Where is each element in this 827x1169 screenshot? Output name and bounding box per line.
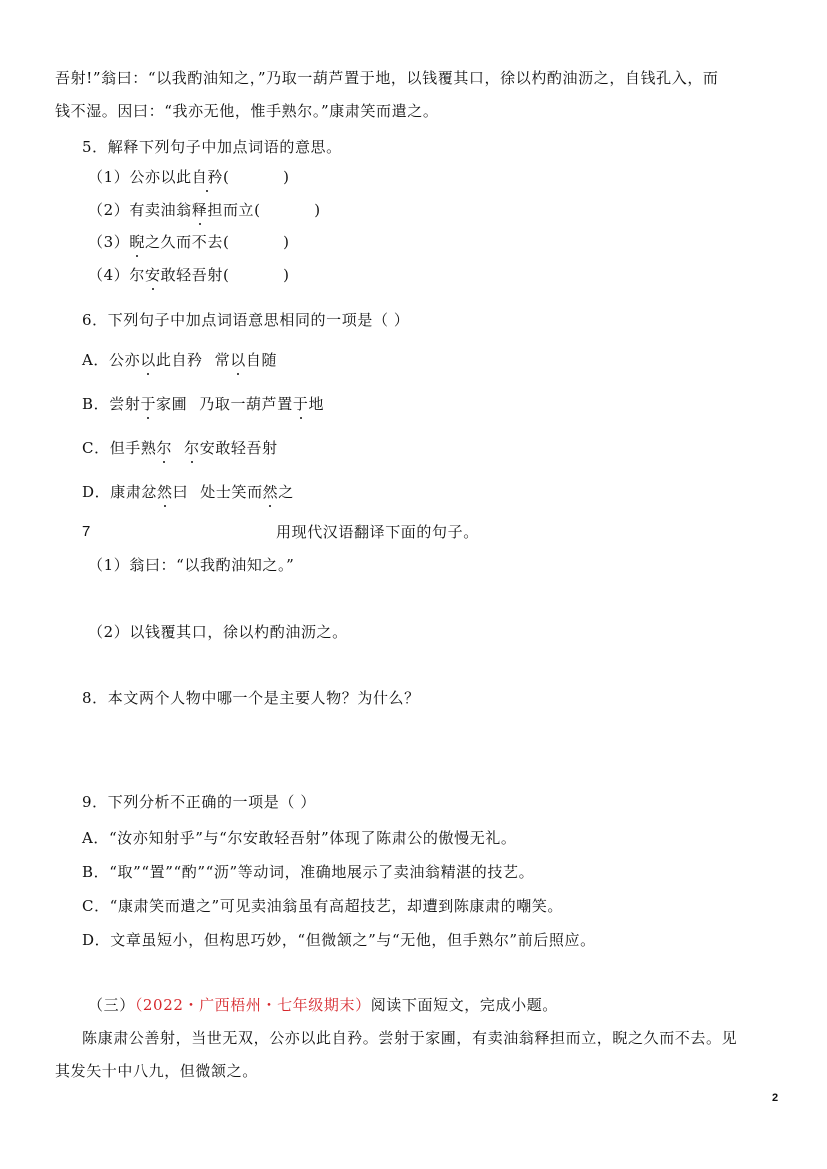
item-text: 之久而不去	[145, 233, 223, 251]
q5-item-2: （2）有卖油翁释担而立( )	[88, 200, 321, 220]
q6-stem: 6．下列句子中加点词语意思相同的一项是（ ）	[82, 310, 410, 330]
dotted-word: 以	[140, 350, 156, 370]
q7-item-1: （1）翁曰：“以我酌油知之。”	[88, 555, 294, 575]
item-num: （1）	[88, 556, 129, 574]
passage-line-1: 吾射!”翁曰：“以我酌油知之，”乃取一葫芦置于地，以钱覆其口，徐以杓酌油沥之，自…	[55, 68, 719, 88]
q6-option-a[interactable]: A．公亦以此自矜常以自随	[82, 350, 277, 370]
option-text: 曰	[173, 483, 189, 501]
option-label: A．	[82, 351, 109, 369]
q8-stem: 8．本文两个人物中哪一个是主要人物？为什么？	[82, 688, 420, 708]
dotted-word: 尔	[184, 438, 200, 458]
item-text: 以钱覆其口，徐以杓酌油沥之。	[129, 623, 347, 641]
option-text: 此自矜	[156, 351, 203, 369]
option-text: 常	[215, 351, 231, 369]
q5-item-3: （3）睨之久而不去( )	[88, 232, 290, 252]
item-num: （2）	[88, 201, 129, 219]
dotted-word: 自矜	[192, 167, 223, 187]
q6-option-d[interactable]: D．康肃忿然曰处士笑而然之	[82, 482, 294, 502]
q5-stem: 5．解释下列句子中加点词语的意思。	[82, 137, 342, 157]
item-num: （1）	[88, 168, 129, 186]
option-text: 地	[308, 395, 324, 413]
option-text: 公亦	[109, 351, 140, 369]
q9-option-a[interactable]: A．“汝亦知射乎”与“尔安敢轻吾射”体现了陈肃公的傲慢无礼。	[82, 828, 517, 848]
q7-stem: 用现代汉语翻译下面的句子。	[276, 522, 479, 542]
answer-blank[interactable]: ( )	[223, 167, 290, 187]
q9-option-d[interactable]: D．文章虽短小，但构思巧妙，“但微颔之”与“无他，但手熟尔”前后照应。	[82, 930, 596, 950]
section-prefix: （三）	[88, 996, 135, 1014]
item-text: 公亦以此	[129, 168, 191, 186]
q9-option-b[interactable]: B．“取”“置”“酌”“沥”等动词，准确地展示了卖油翁精湛的技艺。	[82, 862, 534, 882]
passage-line-2: 钱不湿。因曰：“我亦无他，惟手熟尔。”康肃笑而遣之。	[55, 101, 438, 121]
option-label: D．	[82, 483, 110, 501]
q6-option-b[interactable]: B．尝射于家圃乃取一葫芦置于地	[82, 394, 324, 414]
answer-blank[interactable]: ( )	[223, 265, 290, 285]
answer-blank[interactable]: ( )	[254, 200, 321, 220]
section-source: （2022・广西梧州・七年级期末）	[135, 996, 371, 1014]
section-instruction: 阅读下面短文，完成小题。	[371, 996, 558, 1014]
dotted-word: 以	[230, 350, 246, 370]
item-text: 担而立	[207, 201, 254, 219]
q7-item-2: （2）以钱覆其口，徐以杓酌油沥之。	[88, 622, 348, 642]
dotted-word: 尔	[157, 438, 173, 458]
option-text: 自随	[246, 351, 277, 369]
dotted-word: 释	[192, 200, 208, 220]
dotted-word: 然	[263, 482, 279, 502]
dotted-word: 睨	[129, 232, 145, 252]
passage-para-line-1: 陈康肃公善射，当世无双，公亦以此自矜。尝射于家圃，有卖油翁释担而立，睨之久而不去…	[82, 1028, 737, 1048]
dotted-word: 安	[145, 265, 161, 285]
passage-para-line-2: 其发矢十中八九，但微颔之。	[55, 1061, 258, 1081]
item-num: （2）	[88, 623, 129, 641]
option-text: 安敢轻吾射	[200, 439, 278, 457]
q9-stem: 9．下列分析不正确的一项是（ ）	[82, 792, 316, 812]
item-text: 尔	[129, 266, 145, 284]
answer-blank[interactable]: ( )	[223, 232, 290, 252]
dotted-word: 然	[157, 482, 173, 502]
page-number: 2	[772, 1092, 778, 1104]
dotted-word: 于	[140, 394, 156, 414]
option-text: 处士笑而	[200, 483, 262, 501]
item-text: 敢轻吾射	[161, 266, 223, 284]
option-text: 乃取一葫芦置	[199, 395, 293, 413]
q7-number: 7	[82, 522, 91, 542]
item-num: （3）	[88, 233, 129, 251]
option-text: 之	[278, 483, 294, 501]
dotted-word: 于	[293, 394, 309, 414]
item-text: 有卖油翁	[129, 201, 191, 219]
option-text: 但手熟	[110, 439, 157, 457]
q5-item-4: （4）尔安敢轻吾射( )	[88, 265, 290, 285]
option-label: C．	[82, 439, 110, 457]
item-text: 翁曰：“以我酌油知之。”	[129, 556, 294, 574]
option-text: 尝射	[109, 395, 140, 413]
item-num: （4）	[88, 266, 129, 284]
option-text: 家圃	[156, 395, 187, 413]
q5-item-1: （1）公亦以此自矜( )	[88, 167, 290, 187]
section-3-header: （三）（2022・广西梧州・七年级期末）阅读下面短文，完成小题。	[88, 995, 558, 1015]
q6-option-c[interactable]: C．但手熟尔尔安敢轻吾射	[82, 438, 278, 458]
option-text: 康肃忿	[110, 483, 157, 501]
q9-option-c[interactable]: C．“康肃笑而遣之”可见卖油翁虽有高超技艺，却遭到陈康肃的嘲笑。	[82, 896, 563, 916]
option-label: B．	[82, 395, 109, 413]
